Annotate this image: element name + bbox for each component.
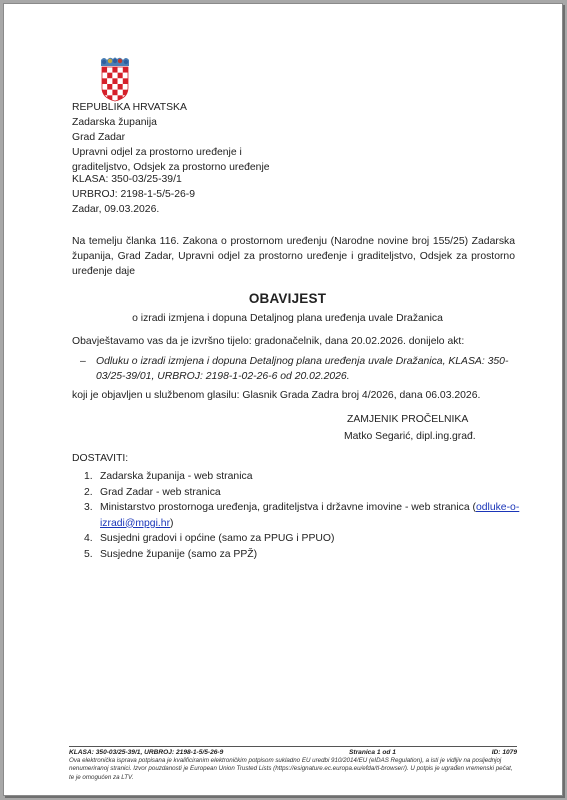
signature-name: Matko Segarić, dipl.ing.građ. <box>344 431 476 442</box>
reference-block: KLASA: 350-03/25-39/1 URBROJ: 2198-1-5/5… <box>72 172 195 217</box>
list-number: 2. <box>84 485 93 501</box>
list-text: Susjedne županije (samo za PPŽ) <box>100 549 257 560</box>
footer-reference: KLASA: 350-03/25-39/1, URBROJ: 2198-1-5/… <box>69 749 223 756</box>
list-text-after: ) <box>170 518 173 529</box>
act-item: – Odluku o izradi izmjena i dopuna Detal… <box>96 354 516 384</box>
distribution-heading: DOSTAVITI: <box>72 453 128 464</box>
list-text: Zadarska županija - web stranica <box>100 471 252 482</box>
issuer-line: Grad Zadar <box>72 130 270 145</box>
intro-paragraph: Na temelju članka 116. Zakona o prostorn… <box>72 234 515 279</box>
urbroj: URBROJ: 2198-1-5/5-26-9 <box>72 187 195 202</box>
place-date: Zadar, 09.03.2026. <box>72 202 195 217</box>
footer-id: ID: 1079 <box>492 749 517 756</box>
footer-divider <box>69 746 517 747</box>
notification-text: Obavještavamo vas da je izvršno tijelo: … <box>72 336 464 347</box>
issuer-line: Upravni odjel za prostorno uređenje i <box>72 145 270 160</box>
list-number: 3. <box>84 500 93 516</box>
list-item: 5. Susjedne županije (samo za PPŽ) <box>84 547 524 563</box>
act-text: Odluku o izradi izmjena i dopuna Detaljn… <box>96 356 508 382</box>
signature-title: ZAMJENIK PROČELNIKA <box>347 414 468 425</box>
issuer-block: REPUBLIKA HRVATSKA Zadarska županija Gra… <box>72 100 270 175</box>
croatian-coat-of-arms-icon <box>98 56 132 102</box>
klasa: KLASA: 350-03/25-39/1 <box>72 172 195 187</box>
list-item: 3. Ministarstvo prostornoga uređenja, gr… <box>84 500 524 531</box>
list-text: Ministarstvo prostornoga uređenja, gradi… <box>100 502 476 513</box>
dash-bullet: – <box>80 354 86 369</box>
list-item: 4. Susjedni gradovi i općine (samo za PP… <box>84 531 524 547</box>
document-title: OBAVIJEST <box>4 291 567 306</box>
footer-page-number: Stranica 1 od 1 <box>349 749 396 756</box>
footer-signature-notice: Ova elektronička isprava potpisana je kv… <box>69 757 519 782</box>
list-number: 1. <box>84 469 93 485</box>
document-page: REPUBLIKA HRVATSKA Zadarska županija Gra… <box>3 3 563 796</box>
list-number: 4. <box>84 531 93 547</box>
distribution-list: 1. Zadarska županija - web stranica 2. G… <box>84 469 524 562</box>
issuer-line: Zadarska županija <box>72 115 270 130</box>
list-text: Grad Zadar - web stranica <box>100 487 221 498</box>
list-text: Susjedni gradovi i općine (samo za PPUG … <box>100 533 334 544</box>
list-number: 5. <box>84 547 93 563</box>
publication-text: koji je objavljen u službenom glasilu: G… <box>72 390 480 401</box>
document-subtitle: o izradi izmjena i dopuna Detaljnog plan… <box>4 313 567 324</box>
issuer-line: REPUBLIKA HRVATSKA <box>72 100 270 115</box>
list-item: 2. Grad Zadar - web stranica <box>84 485 524 501</box>
footer-header: KLASA: 350-03/25-39/1, URBROJ: 2198-1-5/… <box>69 749 517 756</box>
list-item: 1. Zadarska županija - web stranica <box>84 469 524 485</box>
